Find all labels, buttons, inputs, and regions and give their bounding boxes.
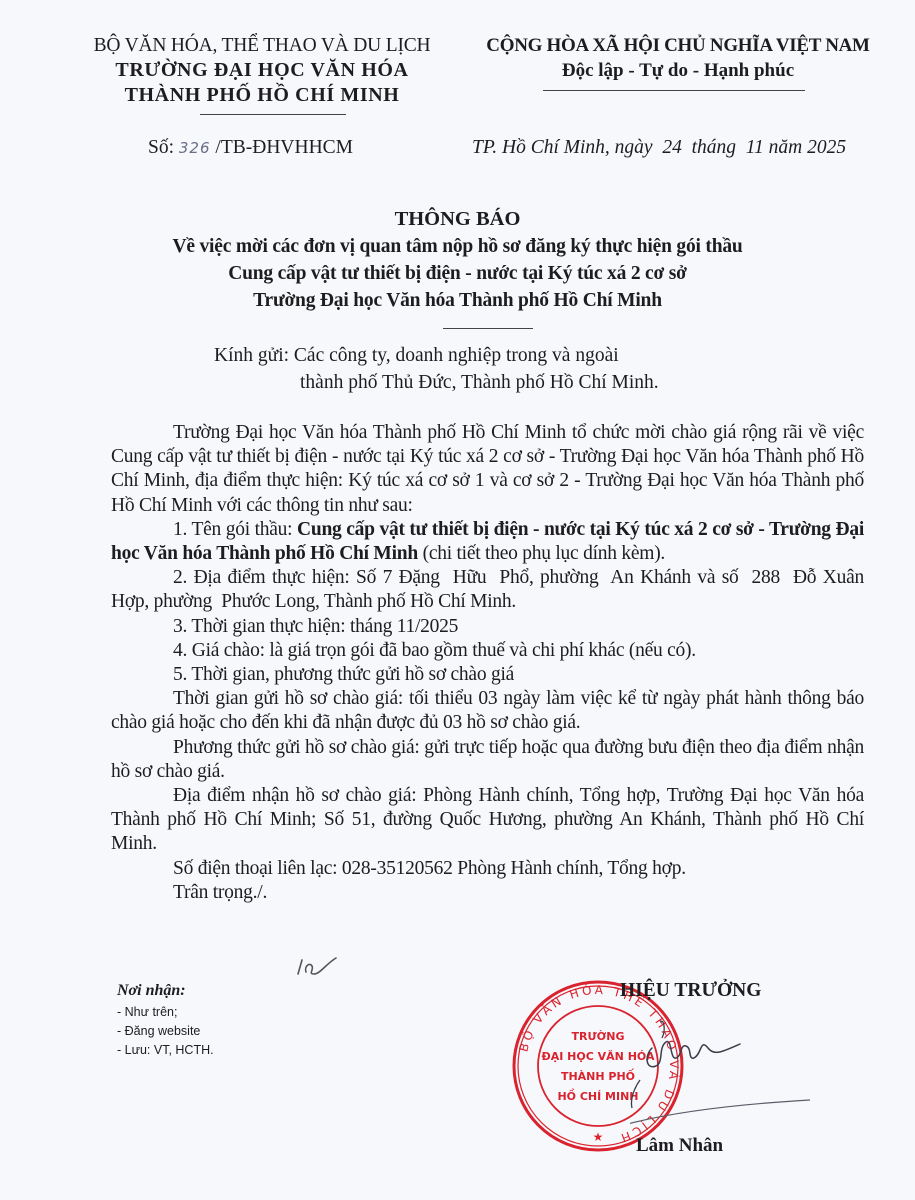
header-left-divider xyxy=(200,114,346,115)
item-location: 2. Địa điểm thực hiện: Số 7 Đặng Hữu Phổ… xyxy=(111,566,864,614)
issuer-header: BỘ VĂN HÓA, THỂ THAO VÀ DU LỊCH TRƯỜNG Đ… xyxy=(62,34,462,108)
submission-time: Thời gian gửi hồ sơ chào giá: tối thiểu … xyxy=(111,687,864,735)
svg-text:TRƯỜNG: TRƯỜNG xyxy=(571,1030,624,1043)
item-package-name: 1. Tên gói thầu: Cung cấp vật tư thiết b… xyxy=(111,518,864,566)
svg-text:THÀNH PHỐ: THÀNH PHỐ xyxy=(561,1068,635,1083)
item-price: 4. Giá chào: là giá trọn gói đã bao gồm … xyxy=(111,639,864,663)
closing: Trân trọng./. xyxy=(111,881,864,905)
national-motto: Độc lập - Tự do - Hạnh phúc xyxy=(468,58,888,83)
document-number: Số: 326 /TB-ĐHVHHCM xyxy=(148,137,353,159)
recipient-greeting-line2: thành phố Thủ Đức, Thành phố Hồ Chí Minh… xyxy=(300,370,659,396)
distribution-item: - Như trên; xyxy=(117,1003,214,1022)
national-header: CỘNG HÒA XÃ HỘI CHỦ NGHĨA VIỆT NAM Độc l… xyxy=(468,34,888,83)
school-name-line1: TRƯỜNG ĐẠI HỌC VĂN HÓA xyxy=(62,58,462,83)
submission-method: Phương thức gửi hồ sơ chào giá: gửi trực… xyxy=(111,736,864,784)
notice-heading: THÔNG BÁO xyxy=(0,206,915,233)
svg-text:★: ★ xyxy=(593,1130,604,1144)
place-date: TP. Hồ Chí Minh, ngày 24 tháng 11 năm 20… xyxy=(472,137,846,159)
submission-location: Địa điểm nhận hồ sơ chào giá: Phòng Hành… xyxy=(111,784,864,857)
recipient-greeting-line1: Kính gửi: Các công ty, doanh nghiệp tron… xyxy=(214,343,619,369)
notice-title: THÔNG BÁO Về việc mời các đơn vị quan tâ… xyxy=(0,206,915,314)
item-time: 3. Thời gian thực hiện: tháng 11/2025 xyxy=(111,615,864,639)
handwritten-signature-icon xyxy=(630,1008,810,1128)
distribution-item: - Lưu: VT, HCTH. xyxy=(117,1041,214,1060)
distribution-list: - Như trên; - Đăng website - Lưu: VT, HC… xyxy=(117,1003,214,1060)
document-page: BỘ VĂN HÓA, THỂ THAO VÀ DU LỊCH TRƯỜNG Đ… xyxy=(0,0,915,1200)
svg-text:HỒ CHÍ MINH: HỒ CHÍ MINH xyxy=(557,1088,638,1103)
signer-title: HIỆU TRƯỞNG xyxy=(620,980,761,1002)
signer-name: Lâm Nhân xyxy=(636,1135,723,1157)
header-right-divider xyxy=(543,90,805,91)
notice-body: Trường Đại học Văn hóa Thành phố Hồ Chí … xyxy=(111,421,864,905)
country-name: CỘNG HÒA XÃ HỘI CHỦ NGHĨA VIỆT NAM xyxy=(468,34,888,58)
notice-subject-line3: Trường Đại học Văn hóa Thành phố Hồ Chí … xyxy=(0,287,915,314)
notice-subject-line2: Cung cấp vật tư thiết bị điện - nước tại… xyxy=(0,260,915,287)
school-name-line2: THÀNH PHỐ HỒ CHÍ MINH xyxy=(62,83,462,108)
title-divider xyxy=(443,328,533,329)
contact-phone: Số điện thoại liên lạc: 028-35120562 Phò… xyxy=(111,857,864,881)
ministry-name: BỘ VĂN HÓA, THỂ THAO VÀ DU LỊCH xyxy=(62,34,462,58)
item-submission: 5. Thời gian, phương thức gửi hồ sơ chào… xyxy=(111,663,864,687)
notice-subject-line1: Về việc mời các đơn vị quan tâm nộp hồ s… xyxy=(0,233,915,260)
handwritten-number: 326 xyxy=(179,139,211,157)
distribution-heading: Nơi nhận: xyxy=(117,982,186,1000)
initial-mark-icon xyxy=(292,952,342,982)
intro-paragraph: Trường Đại học Văn hóa Thành phố Hồ Chí … xyxy=(111,421,864,518)
distribution-item: - Đăng website xyxy=(117,1022,214,1041)
